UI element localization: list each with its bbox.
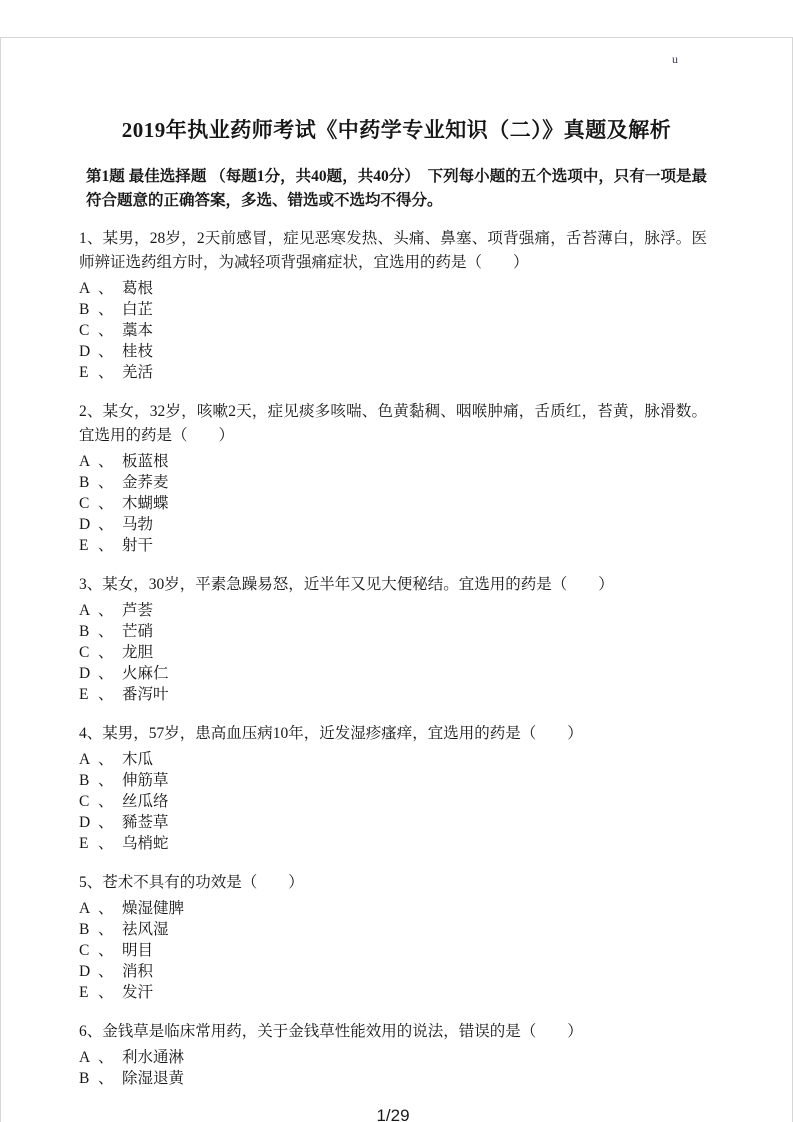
option-text: 马勃 (122, 516, 153, 533)
option-text: 射干 (122, 537, 153, 554)
option-text: 龙胆 (122, 644, 153, 661)
option-letter: B (79, 919, 98, 940)
option-row-e: E、羌活 (79, 362, 707, 383)
option-separator: 、 (98, 770, 122, 791)
option-text: 藁本 (122, 322, 153, 339)
option-text: 木瓜 (122, 751, 153, 768)
option-separator: 、 (98, 812, 122, 833)
option-letter: E (79, 535, 98, 556)
option-letter: A (79, 278, 98, 299)
option-separator: 、 (98, 684, 122, 705)
question-2: 2、某女，32岁，咳嗽2天，症见痰多咳喘、色黄黏稠、咽喉肿痛，舌质红，苔黄，脉滑… (79, 400, 707, 556)
option-row-c: C、丝瓜络 (79, 791, 707, 812)
option-letter: E (79, 982, 98, 1003)
option-text: 发汗 (122, 984, 153, 1001)
option-letter: A (79, 898, 98, 919)
option-letter: B (79, 1068, 98, 1089)
option-row-e: E、发汗 (79, 982, 707, 1003)
option-separator: 、 (98, 278, 122, 299)
option-row-a: A、木瓜 (79, 749, 707, 770)
option-row-c: C、龙胆 (79, 642, 707, 663)
option-row-c: C、木蝴蝶 (79, 493, 707, 514)
question-text: 4、某男，57岁，患高血压病10年，近发湿疹瘙痒，宜选用的药是（ ） (79, 722, 707, 746)
question-5: 5、苍术不具有的功效是（ ） A、燥湿健脾 B、祛风湿 C、明目 D、消积 (79, 871, 707, 1003)
option-letter: C (79, 642, 98, 663)
option-row-d: D、消积 (79, 961, 707, 982)
option-separator: 、 (98, 642, 122, 663)
option-separator: 、 (98, 514, 122, 535)
question-text: 5、苍术不具有的功效是（ ） (79, 871, 707, 895)
option-text: 桂枝 (122, 343, 153, 360)
option-letter: B (79, 299, 98, 320)
option-letter: B (79, 770, 98, 791)
page-number: 1/29 (79, 1106, 707, 1122)
option-group: A、葛根 B、白芷 C、藁本 D、桂枝 E、羌活 (79, 278, 707, 383)
option-letter: A (79, 600, 98, 621)
option-text: 金荞麦 (122, 474, 169, 491)
option-letter: B (79, 621, 98, 642)
page-content: 第1题 最佳选择题 （每题1分，共40题，共40分） 下列每小题的五个选项中，只… (1, 165, 792, 1122)
option-text: 羌活 (122, 364, 153, 381)
option-text: 豨莶草 (122, 814, 169, 831)
option-separator: 、 (98, 1047, 122, 1068)
option-text: 番泻叶 (122, 686, 169, 703)
option-separator: 、 (98, 919, 122, 940)
option-row-e: E、乌梢蛇 (79, 833, 707, 854)
option-separator: 、 (98, 535, 122, 556)
option-letter: D (79, 812, 98, 833)
option-row-d: D、火麻仁 (79, 663, 707, 684)
option-row-d: D、豨莶草 (79, 812, 707, 833)
option-text: 乌梢蛇 (122, 835, 169, 852)
option-text: 燥湿健脾 (122, 900, 184, 917)
option-row-b: B、除湿退黄 (79, 1068, 707, 1089)
option-letter: A (79, 749, 98, 770)
option-text: 葛根 (122, 280, 153, 297)
option-text: 明目 (122, 942, 153, 959)
option-separator: 、 (98, 940, 122, 961)
document-page: u 2019年执业药师考试《中药学专业知识（二）》真题及解析 第1题 最佳选择题… (0, 37, 793, 1122)
option-text: 芒硝 (122, 623, 153, 640)
option-separator: 、 (98, 961, 122, 982)
option-separator: 、 (98, 621, 122, 642)
question-text: 1、某男，28岁，2天前感冒，症见恶寒发热、头痛、鼻塞、项背强痛，舌苔薄白，脉浮… (79, 227, 707, 275)
option-group: A、利水通淋 B、除湿退黄 (79, 1047, 707, 1089)
option-separator: 、 (98, 898, 122, 919)
option-separator: 、 (98, 600, 122, 621)
option-row-a: A、芦荟 (79, 600, 707, 621)
option-row-a: A、利水通淋 (79, 1047, 707, 1068)
option-row-b: B、金荞麦 (79, 472, 707, 493)
option-group: A、木瓜 B、伸筋草 C、丝瓜络 D、豨莶草 E、乌梢蛇 (79, 749, 707, 854)
option-group: A、芦荟 B、芒硝 C、龙胆 D、火麻仁 E、番泻叶 (79, 600, 707, 705)
option-text: 除湿退黄 (122, 1070, 184, 1087)
document-title: 2019年执业药师考试《中药学专业知识（二）》真题及解析 (1, 115, 792, 145)
question-1: 1、某男，28岁，2天前感冒，症见恶寒发热、头痛、鼻塞、项背强痛，舌苔薄白，脉浮… (79, 227, 707, 383)
option-letter: A (79, 1047, 98, 1068)
option-row-a: A、葛根 (79, 278, 707, 299)
option-row-b: B、伸筋草 (79, 770, 707, 791)
option-letter: D (79, 663, 98, 684)
option-text: 木蝴蝶 (122, 495, 169, 512)
option-text: 板蓝根 (122, 453, 169, 470)
option-row-d: D、马勃 (79, 514, 707, 535)
corner-mark: u (672, 53, 678, 65)
option-letter: D (79, 514, 98, 535)
option-separator: 、 (98, 982, 122, 1003)
option-group: A、板蓝根 B、金荞麦 C、木蝴蝶 D、马勃 E、射干 (79, 451, 707, 556)
option-row-b: B、芒硝 (79, 621, 707, 642)
option-separator: 、 (98, 791, 122, 812)
option-text: 消积 (122, 963, 153, 980)
option-letter: D (79, 341, 98, 362)
option-letter: C (79, 940, 98, 961)
option-text: 伸筋草 (122, 772, 169, 789)
option-row-b: B、白芷 (79, 299, 707, 320)
option-group: A、燥湿健脾 B、祛风湿 C、明目 D、消积 E、发汗 (79, 898, 707, 1003)
option-separator: 、 (98, 663, 122, 684)
option-letter: E (79, 833, 98, 854)
question-text: 3、某女，30岁，平素急躁易怒，近半年又见大便秘结。宜选用的药是（ ） (79, 573, 707, 597)
option-separator: 、 (98, 1068, 122, 1089)
exam-instructions: 第1题 最佳选择题 （每题1分，共40题，共40分） 下列每小题的五个选项中，只… (79, 165, 707, 213)
question-4: 4、某男，57岁，患高血压病10年，近发湿疹瘙痒，宜选用的药是（ ） A、木瓜 … (79, 722, 707, 854)
option-letter: C (79, 791, 98, 812)
option-letter: D (79, 961, 98, 982)
option-separator: 、 (98, 833, 122, 854)
option-row-a: A、板蓝根 (79, 451, 707, 472)
option-row-d: D、桂枝 (79, 341, 707, 362)
option-separator: 、 (98, 362, 122, 383)
option-separator: 、 (98, 341, 122, 362)
option-row-e: E、射干 (79, 535, 707, 556)
option-letter: C (79, 320, 98, 341)
option-letter: C (79, 493, 98, 514)
option-row-e: E、番泻叶 (79, 684, 707, 705)
option-text: 丝瓜络 (122, 793, 169, 810)
option-separator: 、 (98, 451, 122, 472)
option-separator: 、 (98, 493, 122, 514)
option-letter: E (79, 362, 98, 383)
option-separator: 、 (98, 299, 122, 320)
option-row-b: B、祛风湿 (79, 919, 707, 940)
option-separator: 、 (98, 320, 122, 341)
option-letter: E (79, 684, 98, 705)
option-text: 祛风湿 (122, 921, 169, 938)
question-text: 2、某女，32岁，咳嗽2天，症见痰多咳喘、色黄黏稠、咽喉肿痛，舌质红，苔黄，脉滑… (79, 400, 707, 448)
option-row-c: C、明目 (79, 940, 707, 961)
question-list: 1、某男，28岁，2天前感冒，症见恶寒发热、头痛、鼻塞、项背强痛，舌苔薄白，脉浮… (79, 227, 707, 1089)
option-separator: 、 (98, 749, 122, 770)
option-row-a: A、燥湿健脾 (79, 898, 707, 919)
option-text: 芦荟 (122, 602, 153, 619)
option-text: 利水通淋 (122, 1049, 184, 1066)
question-3: 3、某女，30岁，平素急躁易怒，近半年又见大便秘结。宜选用的药是（ ） A、芦荟… (79, 573, 707, 705)
option-separator: 、 (98, 472, 122, 493)
option-row-c: C、藁本 (79, 320, 707, 341)
question-text: 6、金钱草是临床常用药，关于金钱草性能效用的说法，错误的是（ ） (79, 1020, 707, 1044)
option-text: 火麻仁 (122, 665, 169, 682)
option-letter: B (79, 472, 98, 493)
question-6: 6、金钱草是临床常用药，关于金钱草性能效用的说法，错误的是（ ） A、利水通淋 … (79, 1020, 707, 1089)
option-text: 白芷 (122, 301, 153, 318)
option-letter: A (79, 451, 98, 472)
